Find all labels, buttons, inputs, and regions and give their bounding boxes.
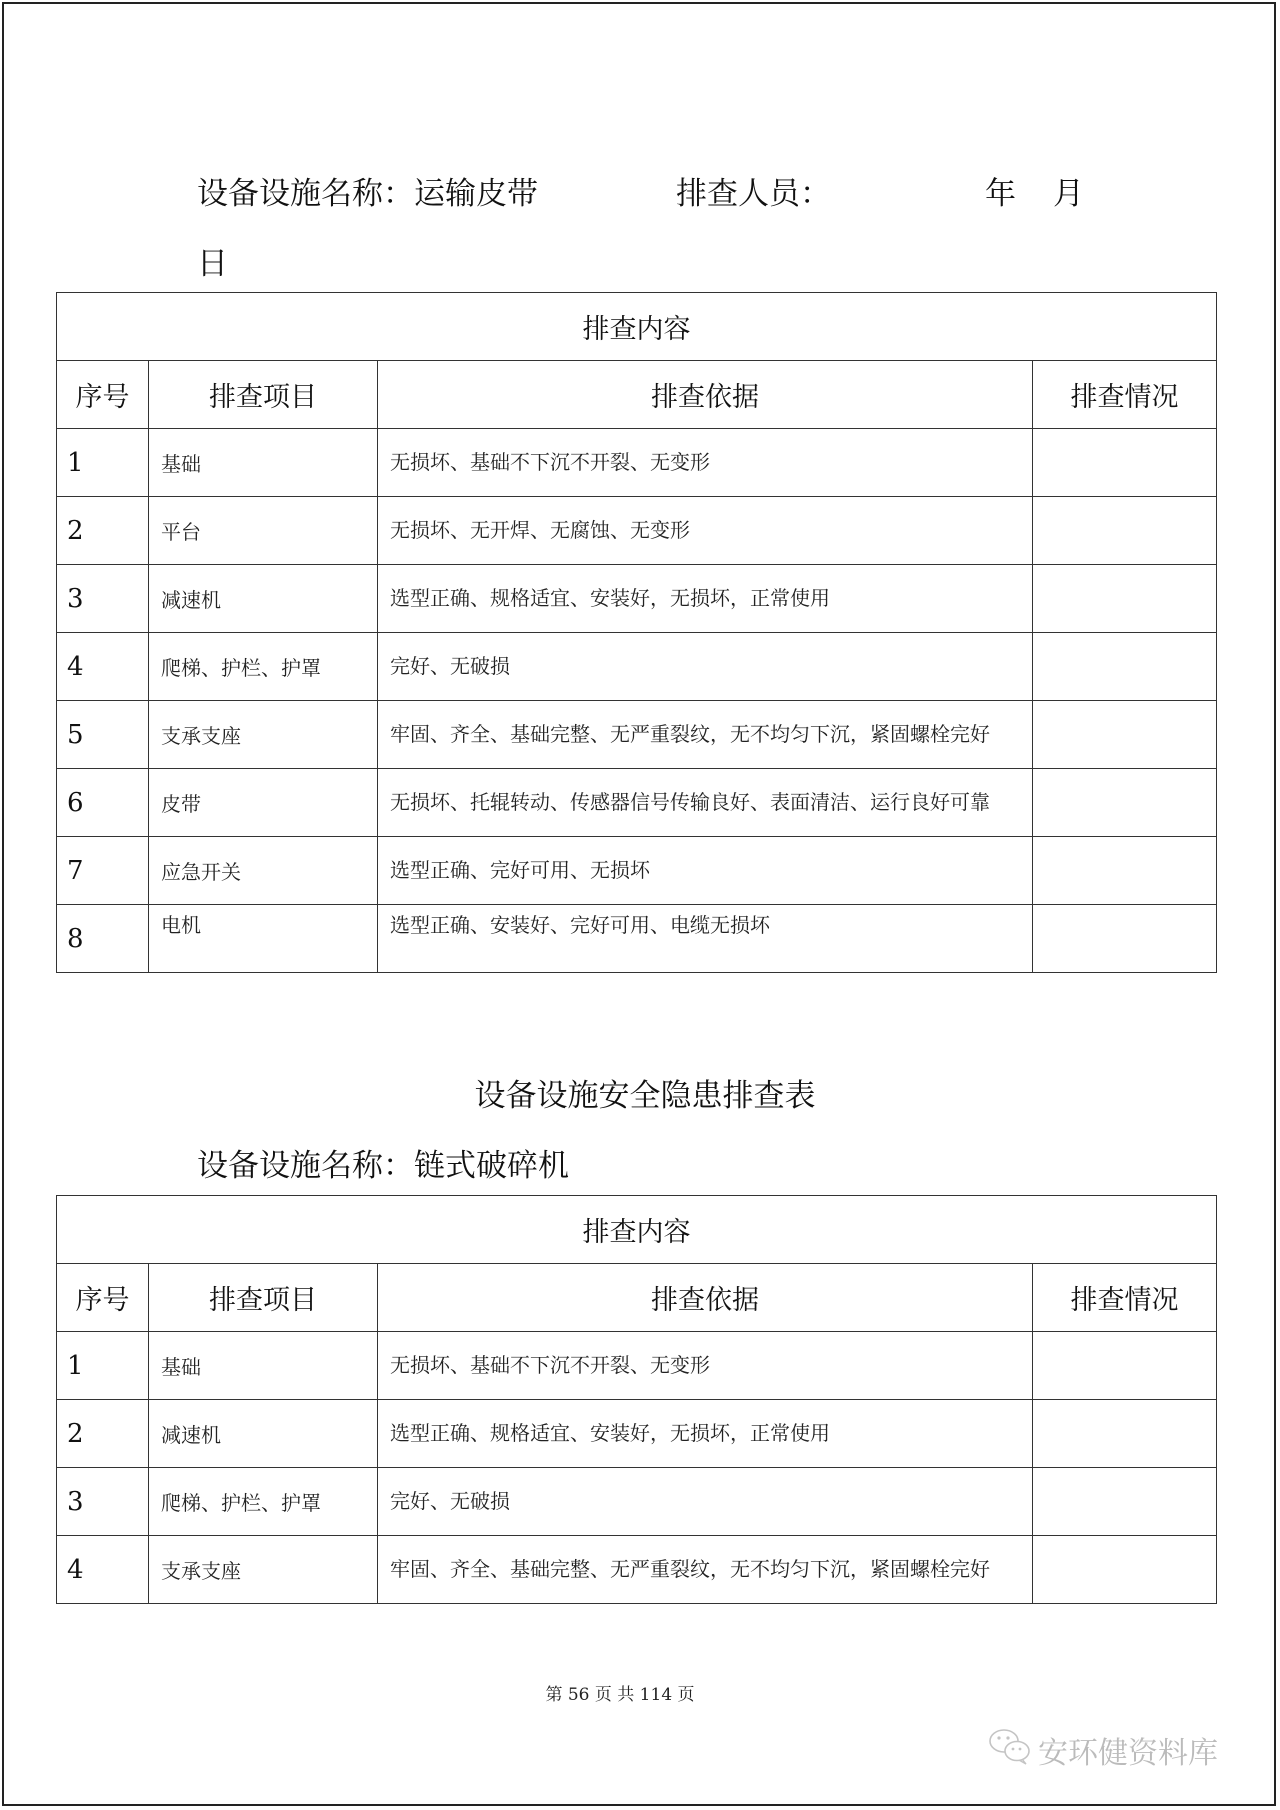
row-item: 爬梯、护栏、护罩 <box>149 1468 378 1536</box>
row-status-cell[interactable] <box>1033 497 1217 565</box>
row-number: 8 <box>57 905 149 973</box>
equipment-name-label-2: 设备设施名称：链式破碎机 <box>197 1140 569 1185</box>
row-item: 皮带 <box>149 769 378 837</box>
table-row: 1 基础 无损坏、基础不下沉不开裂、无变形 <box>57 429 1217 497</box>
column-header-item: 排查项目 <box>149 361 378 429</box>
row-item: 平台 <box>149 497 378 565</box>
table-row: 5 支承支座 牢固、齐全、基础完整、无严重裂纹，无不均匀下沉，紧固螺栓完好 <box>57 701 1217 769</box>
row-item: 减速机 <box>149 1400 378 1468</box>
table-row: 2 减速机 选型正确、规格适宜、安装好，无损坏，正常使用 <box>57 1400 1217 1468</box>
row-basis: 选型正确、规格适宜、安装好，无损坏，正常使用 <box>378 1400 1033 1468</box>
table-row: 8 电机 选型正确、安装好、完好可用、电缆无损坏 <box>57 905 1217 973</box>
row-status-cell[interactable] <box>1033 565 1217 633</box>
row-status-cell[interactable] <box>1033 837 1217 905</box>
table-section-header-row: 排查内容 <box>57 293 1217 361</box>
row-basis: 牢固、齐全、基础完整、无严重裂纹，无不均匀下沉，紧固螺栓完好 <box>378 701 1033 769</box>
column-header-status: 排查情况 <box>1033 361 1217 429</box>
row-number: 5 <box>57 701 149 769</box>
row-status-cell[interactable] <box>1033 905 1217 973</box>
row-number: 3 <box>57 565 149 633</box>
row-item: 支承支座 <box>149 1536 378 1604</box>
row-number: 4 <box>57 633 149 701</box>
column-header-basis: 排查依据 <box>378 361 1033 429</box>
table-row: 3 爬梯、护栏、护罩 完好、无破损 <box>57 1468 1217 1536</box>
table-row: 2 平台 无损坏、无开焊、无腐蚀、无变形 <box>57 497 1217 565</box>
row-item: 支承支座 <box>149 701 378 769</box>
row-status-cell[interactable] <box>1033 429 1217 497</box>
row-status-cell[interactable] <box>1033 633 1217 701</box>
year-label: 年 <box>985 168 1016 213</box>
row-number: 4 <box>57 1536 149 1604</box>
row-number: 2 <box>57 497 149 565</box>
row-item: 基础 <box>149 429 378 497</box>
row-number: 3 <box>57 1468 149 1536</box>
row-basis: 选型正确、规格适宜、安装好，无损坏，正常使用 <box>378 565 1033 633</box>
inspector-label: 排查人员： <box>676 168 831 213</box>
page-number: 第 56 页 共 114 页 <box>0 1680 1260 1705</box>
inspection-table-chain-crusher: 排查内容 序号 排查项目 排查依据 排查情况 1 基础 无损坏、基础不下沉不开裂… <box>56 1195 1217 1604</box>
section-header: 排查内容 <box>57 1196 1217 1264</box>
equipment-name-label: 设备设施名称：运输皮带 <box>197 168 538 213</box>
table-header-row: 序号 排查项目 排查依据 排查情况 <box>57 1264 1217 1332</box>
row-number: 7 <box>57 837 149 905</box>
watermark: 安环健资料库 <box>988 1726 1218 1774</box>
row-basis: 无损坏、基础不下沉不开裂、无变形 <box>378 1332 1033 1400</box>
column-header-item: 排查项目 <box>149 1264 378 1332</box>
month-label: 月 <box>1053 168 1084 213</box>
row-item: 爬梯、护栏、护罩 <box>149 633 378 701</box>
column-header-no: 序号 <box>57 1264 149 1332</box>
row-status-cell[interactable] <box>1033 1468 1217 1536</box>
section-header: 排查内容 <box>57 293 1217 361</box>
row-basis: 无损坏、基础不下沉不开裂、无变形 <box>378 429 1033 497</box>
table-row: 6 皮带 无损坏、托辊转动、传感器信号传输良好、表面清洁、运行良好可靠 <box>57 769 1217 837</box>
row-item: 应急开关 <box>149 837 378 905</box>
table-header-row: 序号 排查项目 排查依据 排查情况 <box>57 361 1217 429</box>
column-header-no: 序号 <box>57 361 149 429</box>
wechat-icon <box>988 1726 1032 1774</box>
document-title: 设备设施安全隐患排查表 <box>0 1070 1280 1115</box>
row-number: 2 <box>57 1400 149 1468</box>
row-status-cell[interactable] <box>1033 1400 1217 1468</box>
table-row: 1 基础 无损坏、基础不下沉不开裂、无变形 <box>57 1332 1217 1400</box>
row-status-cell[interactable] <box>1033 1332 1217 1400</box>
row-number: 1 <box>57 429 149 497</box>
row-basis: 选型正确、安装好、完好可用、电缆无损坏 <box>378 905 1033 973</box>
watermark-text: 安环健资料库 <box>1038 1728 1218 1772</box>
table-section-header-row: 排查内容 <box>57 1196 1217 1264</box>
day-label: 日 <box>197 238 228 283</box>
row-item: 减速机 <box>149 565 378 633</box>
column-header-basis: 排查依据 <box>378 1264 1033 1332</box>
row-basis: 无损坏、托辊转动、传感器信号传输良好、表面清洁、运行良好可靠 <box>378 769 1033 837</box>
table-row: 3 减速机 选型正确、规格适宜、安装好，无损坏，正常使用 <box>57 565 1217 633</box>
row-item: 电机 <box>149 905 378 973</box>
row-number: 6 <box>57 769 149 837</box>
row-basis: 完好、无破损 <box>378 1468 1033 1536</box>
table-row: 7 应急开关 选型正确、完好可用、无损坏 <box>57 837 1217 905</box>
row-basis: 无损坏、无开焊、无腐蚀、无变形 <box>378 497 1033 565</box>
row-basis: 完好、无破损 <box>378 633 1033 701</box>
row-status-cell[interactable] <box>1033 701 1217 769</box>
row-item: 基础 <box>149 1332 378 1400</box>
table-row: 4 爬梯、护栏、护罩 完好、无破损 <box>57 633 1217 701</box>
row-status-cell[interactable] <box>1033 769 1217 837</box>
inspection-table-conveyor-belt: 排查内容 序号 排查项目 排查依据 排查情况 1 基础 无损坏、基础不下沉不开裂… <box>56 292 1217 973</box>
row-number: 1 <box>57 1332 149 1400</box>
row-status-cell[interactable] <box>1033 1536 1217 1604</box>
column-header-status: 排查情况 <box>1033 1264 1217 1332</box>
row-basis: 选型正确、完好可用、无损坏 <box>378 837 1033 905</box>
row-basis: 牢固、齐全、基础完整、无严重裂纹，无不均匀下沉，紧固螺栓完好 <box>378 1536 1033 1604</box>
table-row: 4 支承支座 牢固、齐全、基础完整、无严重裂纹，无不均匀下沉，紧固螺栓完好 <box>57 1536 1217 1604</box>
